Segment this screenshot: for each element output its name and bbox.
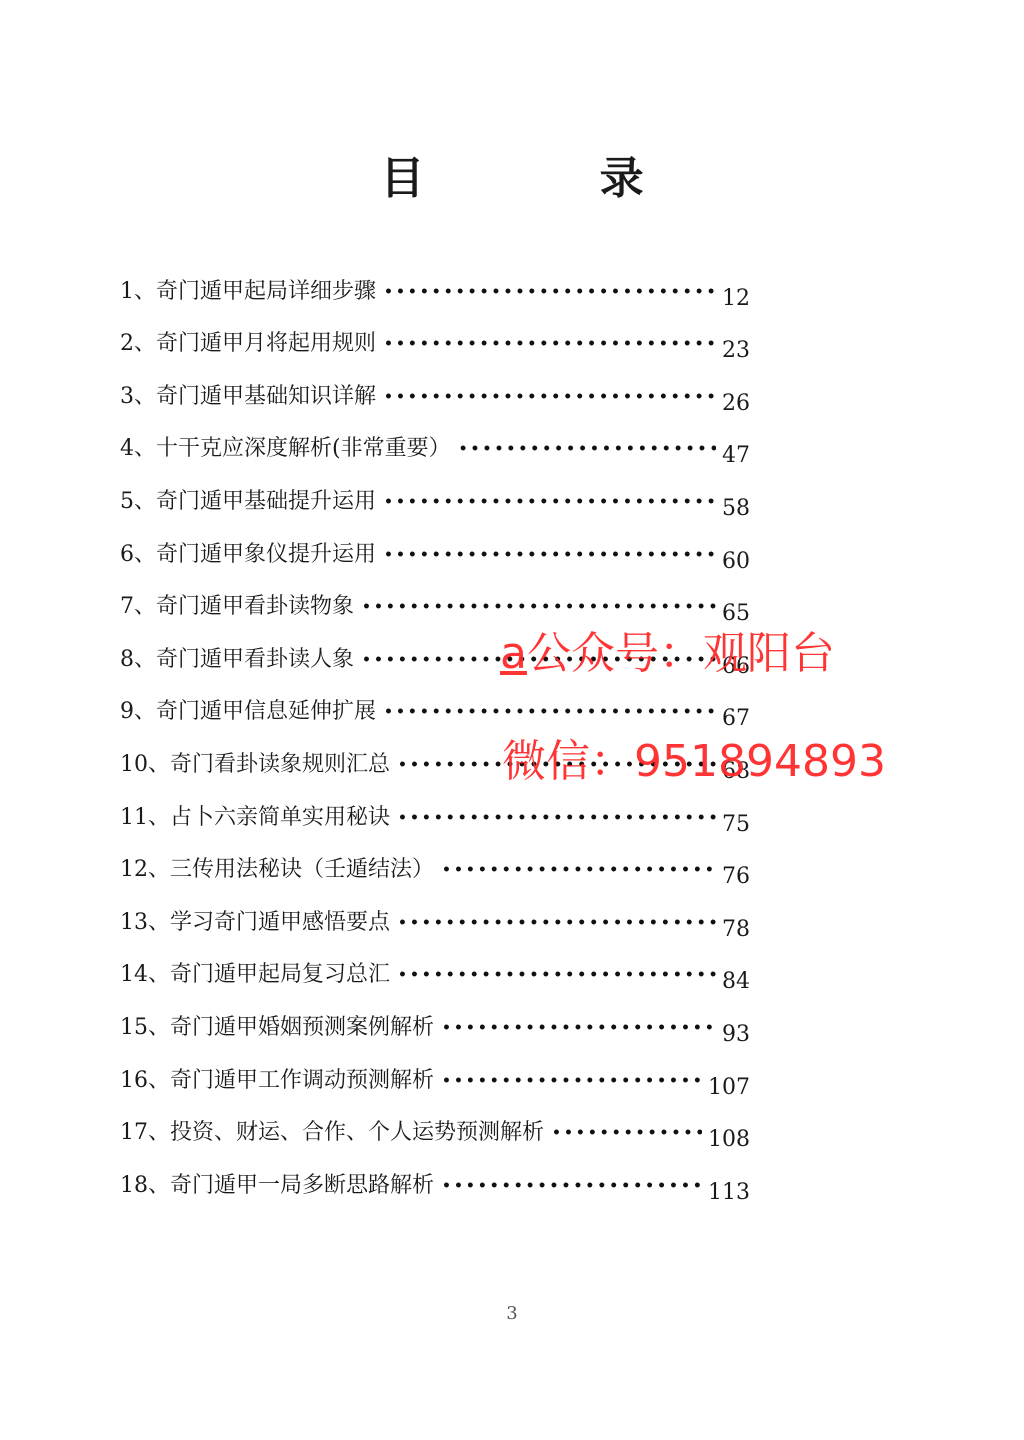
toc-entry[interactable]: 16、奇门遁甲工作调动预测解析•••••••••••••••••••••••••… [120,1041,750,1094]
toc-title: 占卜六亲简单实用秘诀 [170,800,390,831]
toc-number: 3、 [120,379,156,410]
dot-leader: ••••••••••••••••••••••••••••••••••••••••… [442,1074,702,1088]
toc-entry[interactable]: 14、奇门遁甲起局复习总汇•••••••••••••••••••••••••••… [120,936,750,989]
toc-page: 107 [708,1075,750,1100]
toc-title: 奇门遁甲看卦读物象 [156,589,354,620]
toc-number: 15、 [120,1010,170,1041]
toc-page: 113 [708,1180,750,1205]
dot-leader: ••••••••••••••••••••••••••••••••••••••••… [362,600,716,614]
dot-leader: ••••••••••••••••••••••••••••••••••••••••… [398,916,716,930]
toc-title: 奇门遁甲象仪提升运用 [156,537,376,568]
toc-page: 84 [722,969,750,994]
page-number: 3 [0,1303,1024,1324]
toc-page: 12 [722,286,750,311]
toc-number: 7、 [120,589,156,620]
toc-number: 2、 [120,326,156,357]
toc-number: 4、 [120,431,156,462]
toc-number: 11、 [120,800,170,831]
toc-number: 1、 [120,274,156,305]
toc-entry[interactable]: 7、奇门遁甲看卦读物象•••••••••••••••••••••••••••••… [120,568,750,621]
toc-entry[interactable]: 5、奇门遁甲基础提升运用••••••••••••••••••••••••••••… [120,462,750,515]
toc-entry[interactable]: 12、三传用法秘诀（壬遁结法）•••••••••••••••••••••••••… [120,831,750,884]
toc-entry[interactable]: 15、奇门遁甲婚姻预测案例解析•••••••••••••••••••••••••… [120,988,750,1041]
dot-leader: ••••••••••••••••••••••••••••••••••••••••… [442,863,716,877]
toc-entry[interactable]: 13、学习奇门遁甲感悟要点•••••••••••••••••••••••••••… [120,883,750,936]
dot-leader: ••••••••••••••••••••••••••••••••••••••••… [398,968,716,982]
toc-title: 奇门遁甲看卦读人象 [156,642,354,673]
toc-page: 58 [722,496,750,521]
toc-page: 76 [722,864,750,889]
toc-number: 6、 [120,537,156,568]
dot-leader: ••••••••••••••••••••••••••••••••••••••••… [442,1179,702,1193]
toc-entry[interactable]: 17、投资、财运、合作、个人运势预测解析••••••••••••••••••••… [120,1094,750,1147]
toc-title: 奇门遁甲信息延伸扩展 [156,694,376,725]
toc-page: 108 [708,1127,750,1152]
toc-page: 47 [722,443,750,468]
toc-number: 18、 [120,1168,170,1199]
toc-entry[interactable]: 6、奇门遁甲象仪提升运用••••••••••••••••••••••••••••… [120,515,750,568]
toc-title: 十干克应深度解析(非常重要） [156,431,451,462]
watermark-wechat-account: a公众号：观阳台 [500,617,835,681]
toc-page: 93 [722,1022,750,1047]
toc-number: 8、 [120,642,156,673]
toc-number: 14、 [120,957,170,988]
toc-number: 12、 [120,852,170,883]
dot-leader: ••••••••••••••••••••••••••••••••••••••••… [384,495,716,509]
toc-entry[interactable]: 4、十干克应深度解析(非常重要）••••••••••••••••••••••••… [120,410,750,463]
toc-number: 5、 [120,484,156,515]
toc-page: 23 [722,338,750,363]
toc-number: 9、 [120,694,156,725]
toc-number: 10、 [120,747,170,778]
toc-title: 三传用法秘诀（壬遁结法） [170,852,434,883]
toc-title: 奇门遁甲基础知识详解 [156,379,376,410]
toc-title: 投资、财运、合作、个人运势预测解析 [170,1115,544,1146]
toc-title: 奇门遁甲工作调动预测解析 [170,1063,434,1094]
watermark-prefix: a [500,628,527,679]
toc-number: 13、 [120,905,170,936]
toc-page: 75 [722,812,750,837]
watermark-wechat-id: 微信：951894893 [502,725,886,789]
toc-title: 学习奇门遁甲感悟要点 [170,905,390,936]
toc-entry[interactable]: 3、奇门遁甲基础知识详解••••••••••••••••••••••••••••… [120,357,750,410]
toc-title: 奇门遁甲月将起用规则 [156,326,376,357]
dot-leader: ••••••••••••••••••••••••••••••••••••••••… [384,548,716,562]
toc-title: 奇门遁甲基础提升运用 [156,484,376,515]
toc-entry[interactable]: 18、奇门遁甲一局多断思路解析•••••••••••••••••••••••••… [120,1146,750,1199]
toc-title: 奇门遁甲一局多断思路解析 [170,1168,434,1199]
dot-leader: ••••••••••••••••••••••••••••••••••••••••… [384,390,716,404]
toc-page: 78 [722,917,750,942]
watermark-text: 公众号：观阳台 [527,628,835,679]
dot-leader: ••••••••••••••••••••••••••••••••••••••••… [384,285,716,299]
toc-page: 60 [722,549,750,574]
dot-leader: ••••••••••••••••••••••••••••••••••••••••… [459,442,716,456]
toc-number: 17、 [120,1115,170,1146]
toc-title: 奇门遁甲起局详细步骤 [156,274,376,305]
toc-title: 奇门遁甲起局复习总汇 [170,957,390,988]
page-title: 目 录 [0,142,1024,206]
toc-entry[interactable]: 2、奇门遁甲月将起用规则••••••••••••••••••••••••••••… [120,305,750,358]
dot-leader: ••••••••••••••••••••••••••••••••••••••••… [552,1126,702,1140]
dot-leader: ••••••••••••••••••••••••••••••••••••••••… [398,811,716,825]
dot-leader: ••••••••••••••••••••••••••••••••••••••••… [442,1021,716,1035]
toc-title: 奇门遁甲婚姻预测案例解析 [170,1010,434,1041]
toc-page: 26 [722,391,750,416]
dot-leader: ••••••••••••••••••••••••••••••••••••••••… [384,705,716,719]
dot-leader: ••••••••••••••••••••••••••••••••••••••••… [384,337,716,351]
toc-entry[interactable]: 1、奇门遁甲起局详细步骤••••••••••••••••••••••••••••… [120,252,750,305]
toc-title: 奇门看卦读象规则汇总 [170,747,390,778]
toc-number: 16、 [120,1063,170,1094]
